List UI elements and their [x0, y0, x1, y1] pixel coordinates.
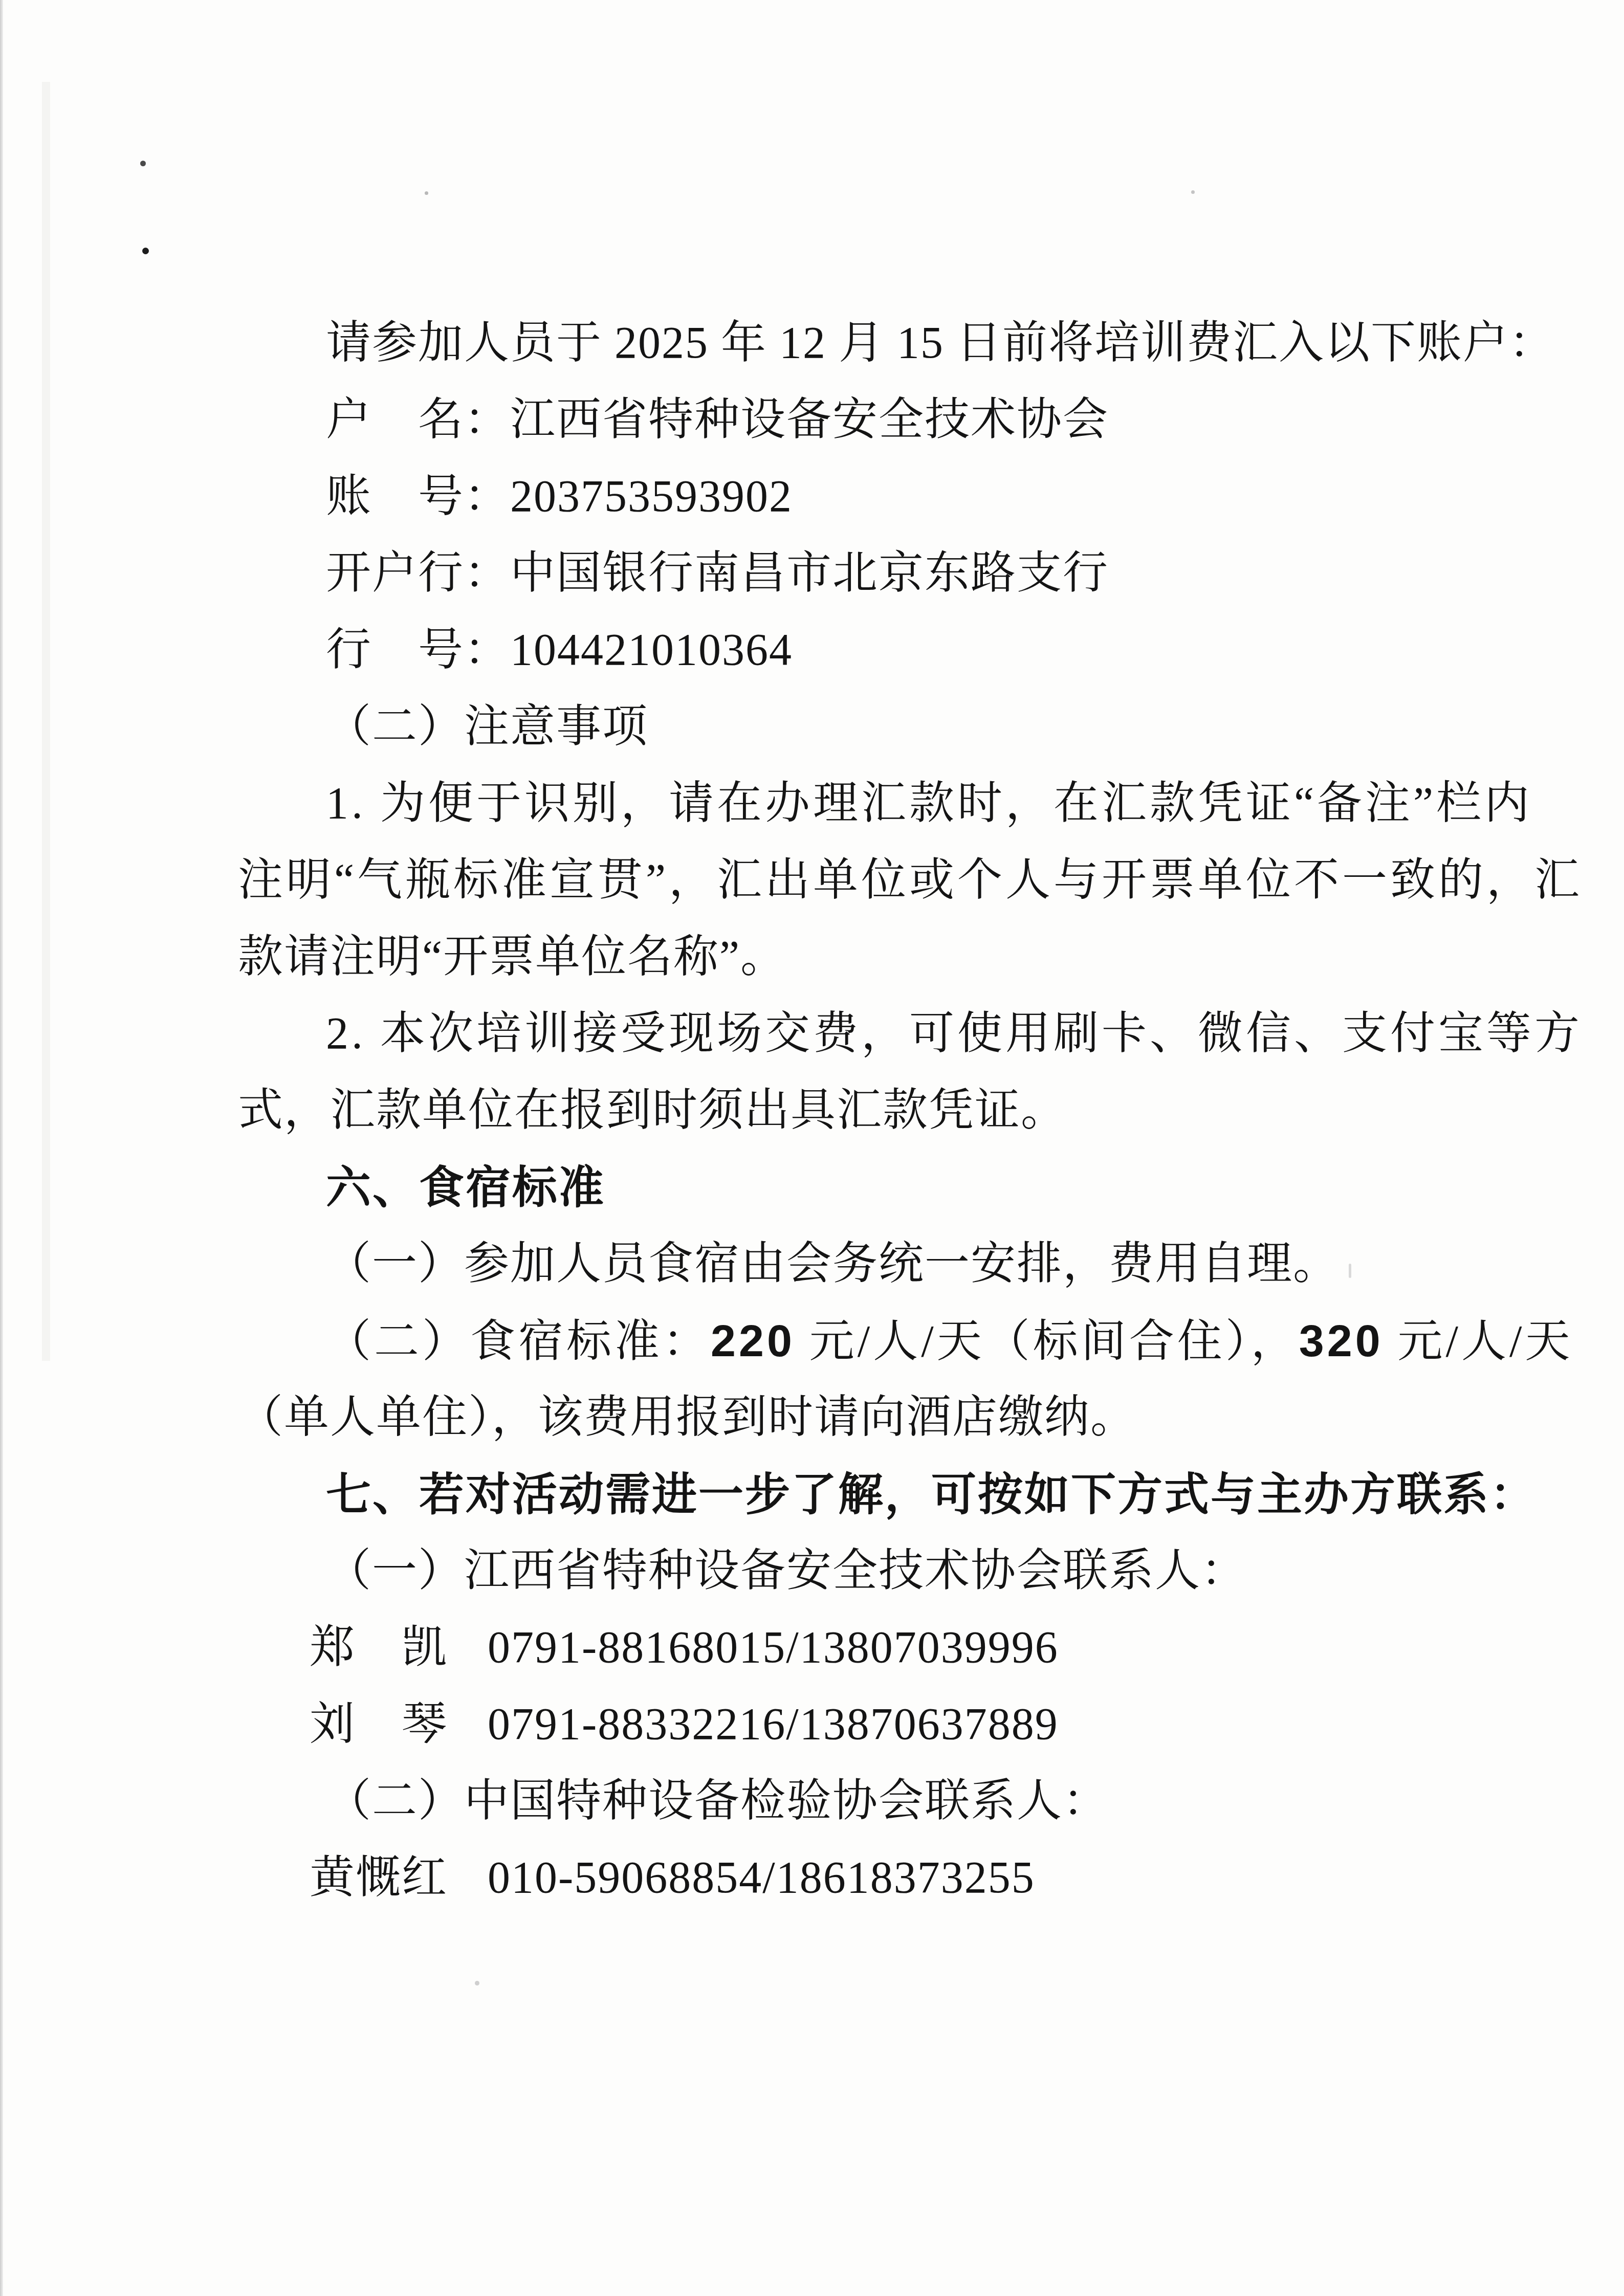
- lodging-standard-suffix: 元/人/天: [1384, 1317, 1573, 1366]
- price-shared-room: 220: [711, 1315, 795, 1366]
- scan-streak-artifact: [42, 82, 50, 1361]
- contact-phone: 0791-88332216/13870637889: [488, 1699, 1059, 1749]
- contact-phone: 0791-88168015/13807039996: [488, 1623, 1059, 1672]
- payment-deadline-line: 请参加人员于 2025 年 12 月 15 日前将培训费汇入以下账户：: [238, 305, 1435, 382]
- lodging-item1-line: （一）参加人员食宿由会务统一安排，费用自理。: [238, 1226, 1435, 1302]
- lodging-standard-between: 元/人/天（标间合住），: [795, 1317, 1299, 1366]
- note2-line1: 2. 本次培训接受现场交费，可使用刷卡、微信、支付宝等方: [238, 996, 1435, 1072]
- contact-line: 刘 琴0791-88332216/13870637889: [238, 1686, 1435, 1763]
- contact-name: 郑 凯: [310, 1623, 448, 1672]
- scan-speck: [425, 191, 428, 195]
- note1-line3: 款请注明“开票单位名称”。: [238, 919, 1435, 996]
- note1-line2: 注明“气瓶标准宣贯”，汇出单位或个人与开票单位不一致的，汇: [238, 842, 1435, 919]
- lodging-standard-prefix: （二）食宿标准：: [326, 1317, 711, 1366]
- contacts-org1-heading: （一）江西省特种设备安全技术协会联系人：: [238, 1533, 1435, 1609]
- section7-heading: 七、若对活动需进一步了解，可按如下方式与主办方联系：: [238, 1456, 1435, 1533]
- contact-phone: 010-59068854/18618373255: [488, 1853, 1035, 1903]
- account-name-line: 户 名：江西省特种设备安全技术协会: [238, 382, 1435, 458]
- scan-speck: [1191, 190, 1195, 194]
- contact-line: 黄慨红010-59068854/18618373255: [238, 1840, 1435, 1916]
- scan-speck: [140, 161, 146, 166]
- bank-name-line: 开户行：中国银行南昌市北京东路支行: [238, 535, 1435, 612]
- scan-edge-artifact: [0, 0, 3, 2296]
- contact-name: 黄慨红: [310, 1853, 448, 1903]
- contact-line: 郑 凯0791-88168015/13807039996: [238, 1609, 1435, 1686]
- scan-speck: [142, 248, 149, 254]
- lodging-item2-line1: （二）食宿标准：220 元/人/天（标间合住），320 元/人/天: [238, 1302, 1435, 1379]
- lodging-item2-line2: （单人单住），该费用报到时请向酒店缴纳。: [238, 1379, 1435, 1456]
- contacts-org2-heading: （二）中国特种设备检验协会联系人：: [238, 1763, 1435, 1840]
- note2-line2: 式，汇款单位在报到时须出具汇款凭证。: [238, 1072, 1435, 1149]
- scanned-document-page: 请参加人员于 2025 年 12 月 15 日前将培训费汇入以下账户： 户 名：…: [0, 0, 1624, 2296]
- notes-heading: （二）注意事项: [238, 689, 1435, 765]
- section6-heading: 六、食宿标准: [238, 1149, 1435, 1226]
- contact-name: 刘 琴: [310, 1699, 448, 1749]
- scan-speck: [475, 1981, 479, 1985]
- account-number-line: 账 号：203753593902: [238, 458, 1435, 535]
- price-single-room: 320: [1299, 1315, 1384, 1366]
- bank-code-line: 行 号：104421010364: [238, 612, 1435, 689]
- note1-line1: 1. 为便于识别，请在办理汇款时，在汇款凭证“备注”栏内: [238, 765, 1435, 842]
- document-body: 请参加人员于 2025 年 12 月 15 日前将培训费汇入以下账户： 户 名：…: [238, 305, 1435, 1916]
